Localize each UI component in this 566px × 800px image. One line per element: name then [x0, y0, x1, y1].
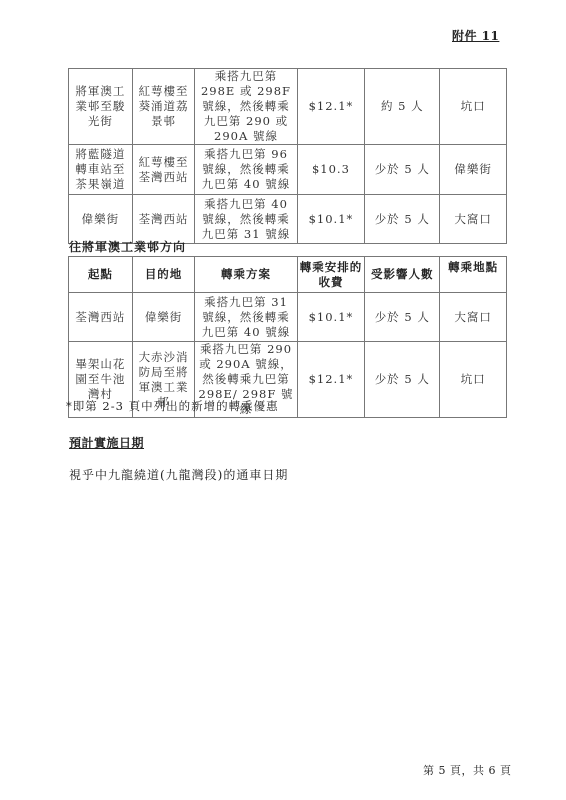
table-row: 荃灣西站 偉樂街 乘搭九巴第 31 號線，然後轉乘九巴第 40 號線 $10.1… — [69, 293, 507, 342]
table-header-row: 起點 目的地 轉乘方案 轉乘安排的收費 受影響人數 轉乘地點 — [69, 257, 507, 293]
table-row: 偉樂街 荃灣西站 乘搭九巴第 40 號線，然後轉乘九巴第 31 號線 $10.1… — [69, 195, 507, 244]
footnote: *即第 2-3 頁中列出的新增的轉乘優惠 — [66, 398, 279, 414]
cell-affected: 少於 5 人 — [365, 342, 440, 418]
table-row: 將軍澳工業邨至駿光街 紅萼樓至葵涌道荔景邨 乘搭九巴第 298E 或 298F … — [69, 69, 507, 145]
header-plan: 轉乘方案 — [195, 257, 297, 293]
cell-to: 紅萼樓至荃灣西站 — [132, 145, 195, 195]
cell-plan: 乘搭九巴第 40 號線，然後轉乘九巴第 31 號線 — [195, 195, 297, 244]
header-to: 目的地 — [132, 257, 195, 293]
cell-interchange: 大窩口 — [440, 195, 507, 244]
cell-interchange: 偉樂街 — [440, 145, 507, 195]
header-affected: 受影響人數 — [365, 257, 440, 293]
cell-to: 紅萼樓至葵涌道荔景邨 — [132, 69, 195, 145]
cell-from: 偉樂街 — [69, 195, 133, 244]
header-from: 起點 — [69, 257, 133, 293]
cell-fare: $10.1* — [297, 195, 365, 244]
cell-affected: 少於 5 人 — [365, 195, 440, 244]
cell-plan: 乘搭九巴第 96 號線，然後轉乘九巴第 40 號線 — [195, 145, 297, 195]
cell-from: 將軍澳工業邨至駿光街 — [69, 69, 133, 145]
table-row: 將藍隧道轉車站至茶果嶺道 紅萼樓至荃灣西站 乘搭九巴第 96 號線，然後轉乘九巴… — [69, 145, 507, 195]
cell-fare: $12.1* — [297, 69, 365, 145]
implementation-text: 視乎中九龍繞道(九龍灣段)的通車日期 — [69, 466, 288, 483]
transfer-table-1: 將軍澳工業邨至駿光街 紅萼樓至葵涌道荔景邨 乘搭九巴第 298E 或 298F … — [68, 68, 507, 244]
cell-fare: $10.1* — [297, 293, 365, 342]
cell-fare: $12.1* — [297, 342, 365, 418]
cell-to: 偉樂街 — [132, 293, 195, 342]
header-fare: 轉乘安排的收費 — [297, 257, 365, 293]
header-interchange: 轉乘地點 — [440, 257, 507, 293]
cell-to: 荃灣西站 — [132, 195, 195, 244]
cell-interchange: 坑口 — [440, 342, 507, 418]
cell-from: 將藍隧道轉車站至茶果嶺道 — [69, 145, 133, 195]
cell-affected: 少於 5 人 — [365, 293, 440, 342]
cell-plan: 乘搭九巴第 31 號線，然後轉乘九巴第 40 號線 — [195, 293, 297, 342]
section-title: 往將軍澳工業邨方向 — [69, 238, 186, 255]
page-number: 第 5 頁，共 6 頁 — [423, 762, 511, 778]
cell-interchange: 大窩口 — [440, 293, 507, 342]
cell-fare: $10.3 — [297, 145, 365, 195]
cell-affected: 少於 5 人 — [365, 145, 440, 195]
cell-plan: 乘搭九巴第 298E 或 298F 號線，然後轉乘九巴第 290 或 290A … — [195, 69, 297, 145]
transfer-table-2: 起點 目的地 轉乘方案 轉乘安排的收費 受影響人數 轉乘地點 荃灣西站 偉樂街 … — [68, 256, 507, 418]
cell-interchange: 坑口 — [440, 69, 507, 145]
annex-label: 附件 11 — [452, 27, 499, 44]
cell-from: 荃灣西站 — [69, 293, 133, 342]
cell-affected: 約 5 人 — [365, 69, 440, 145]
implementation-heading: 預計實施日期 — [69, 434, 144, 451]
